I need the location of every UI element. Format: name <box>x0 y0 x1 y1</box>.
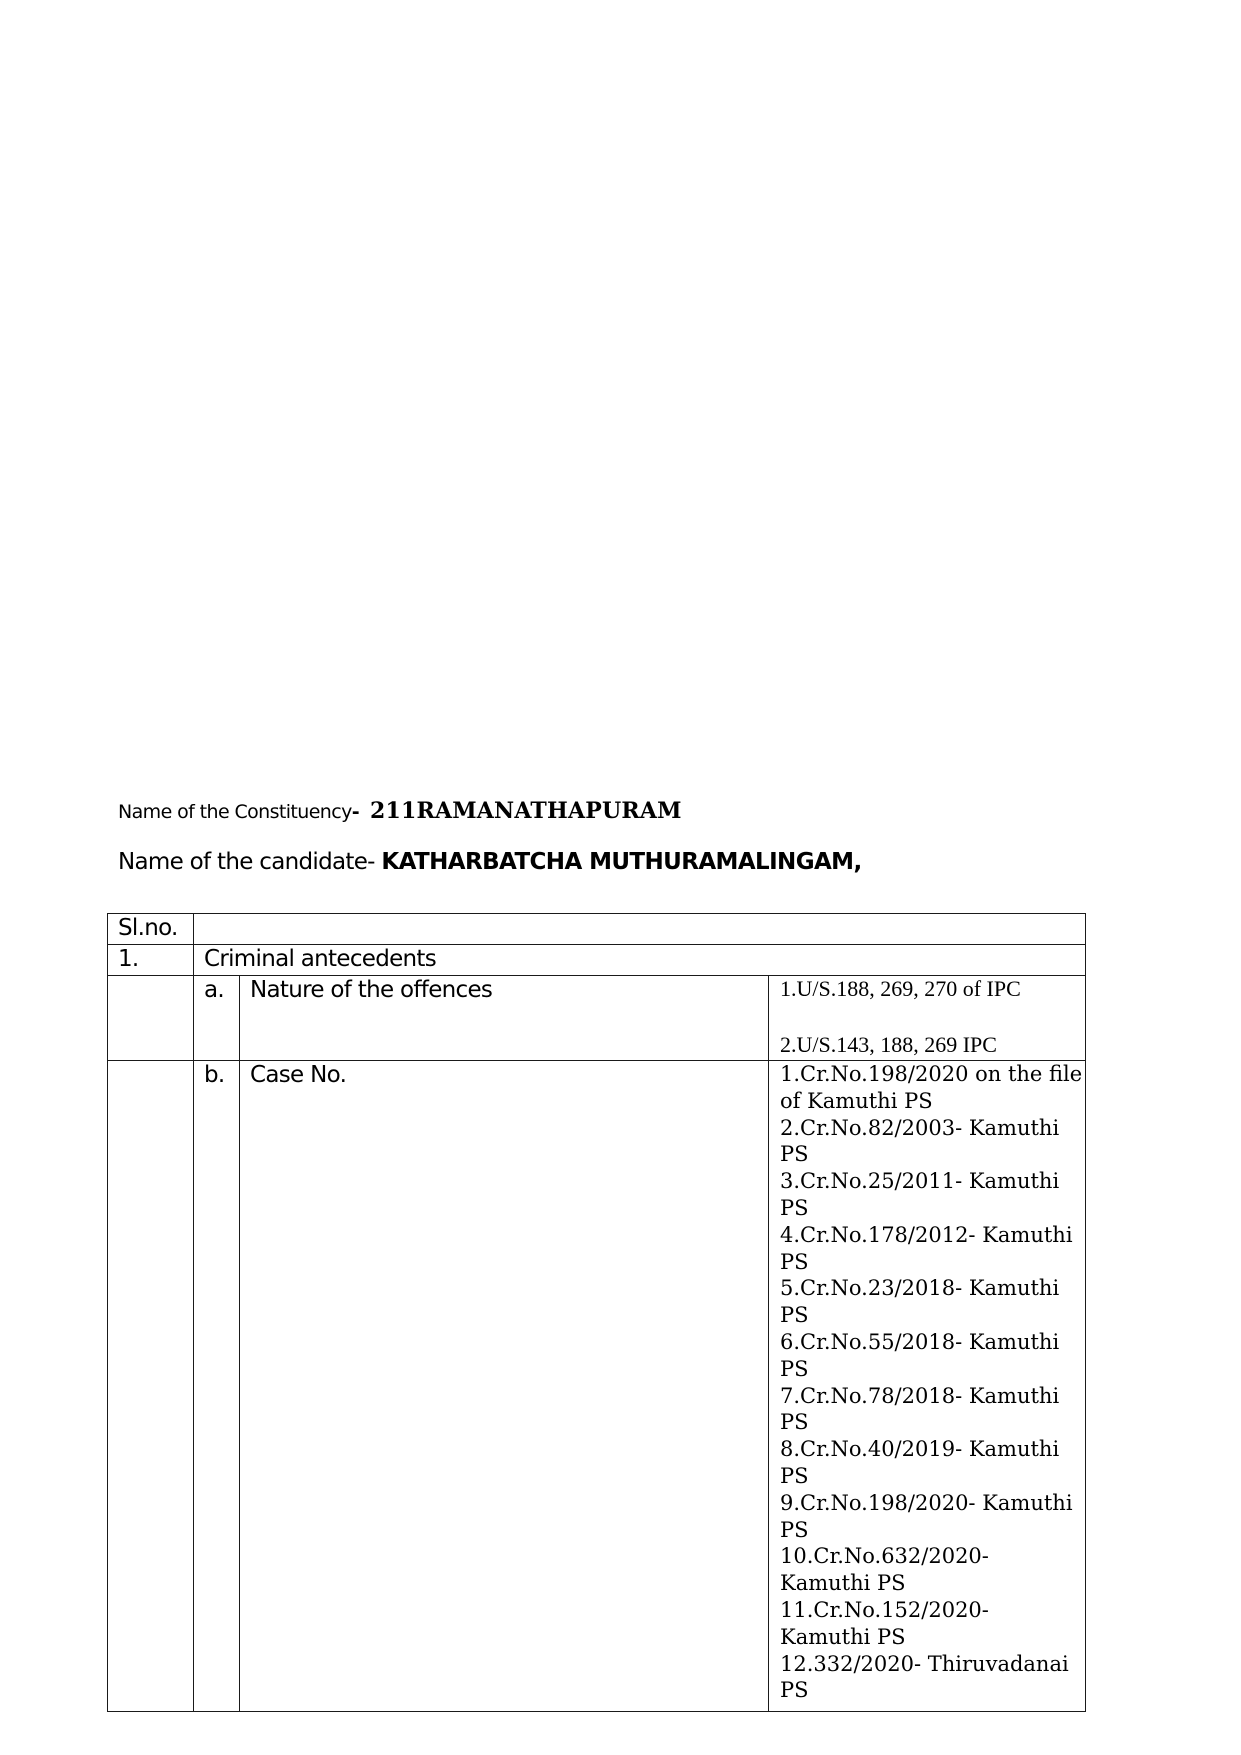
table-row: a. Nature of the offences 1.U/S.188, 269… <box>108 976 1086 1061</box>
row-label: Nature of the offences <box>240 976 769 1061</box>
offence-item: 2.U/S.143, 188, 269 IPC <box>780 1032 1085 1058</box>
row-letter: a. <box>194 976 240 1061</box>
row-letter: b. <box>194 1061 240 1712</box>
section-number: 1. <box>108 945 194 976</box>
case-item: 6.Cr.No.55/2018- Kamuthi PS <box>780 1329 1085 1383</box>
row-label: Case No. <box>240 1061 769 1712</box>
offences-list: 1.U/S.188, 269, 270 of IPC2.U/S.143, 188… <box>769 976 1086 1061</box>
case-item: 3.Cr.No.25/2011- Kamuthi PS <box>780 1168 1085 1222</box>
case-item: 10.Cr.No.632/2020- Kamuthi PS <box>780 1543 1085 1597</box>
case-item: 1.Cr.No.198/2020 on the file of Kamuthi … <box>780 1061 1085 1115</box>
case-numbers-list: 1.Cr.No.198/2020 on the file of Kamuthi … <box>769 1061 1086 1712</box>
offence-item: 1.U/S.188, 269, 270 of IPC <box>780 976 1085 1002</box>
case-item: 7.Cr.No.78/2018- Kamuthi PS <box>780 1383 1085 1437</box>
section-row: 1. Criminal antecedents <box>108 945 1086 976</box>
case-item: 5.Cr.No.23/2018- Kamuthi PS <box>780 1275 1085 1329</box>
case-item: 8.Cr.No.40/2019- Kamuthi PS <box>780 1436 1085 1490</box>
criminal-antecedents-table: Sl.no. 1. Criminal antecedents a. Nature… <box>107 913 1086 1712</box>
case-item: 9.Cr.No.198/2020- Kamuthi PS <box>780 1490 1085 1544</box>
table-header-row: Sl.no. <box>108 914 1086 945</box>
constituency-label: Name of the Constituency <box>118 801 352 823</box>
case-item: 11.Cr.No.152/2020- Kamuthi PS <box>780 1597 1085 1651</box>
section-title: Criminal antecedents <box>194 945 1086 976</box>
candidate-value: KATHARBATCHA MUTHURAMALINGAM, <box>381 849 861 875</box>
candidate-line: Name of the candidate- KATHARBATCHA MUTH… <box>118 849 862 875</box>
header-slno: Sl.no. <box>108 914 194 945</box>
case-item: 2.Cr.No.82/2003- Kamuthi PS <box>780 1115 1085 1169</box>
table-row: b. Case No. 1.Cr.No.198/2020 on the file… <box>108 1061 1086 1712</box>
constituency-line: Name of the Constituency- 211RAMANATHAPU… <box>118 798 682 824</box>
case-item: 4.Cr.No.178/2012- Kamuthi PS <box>780 1222 1085 1276</box>
empty-slno-cell <box>108 1061 194 1712</box>
constituency-value: 211RAMANATHAPURAM <box>370 798 682 824</box>
header-blank <box>194 914 1086 945</box>
candidate-label: Name of the candidate- <box>118 849 375 875</box>
case-item: 12.332/2020- Thiruvadanai PS <box>780 1651 1085 1705</box>
empty-slno-cell <box>108 976 194 1061</box>
constituency-dash: - <box>352 801 359 823</box>
